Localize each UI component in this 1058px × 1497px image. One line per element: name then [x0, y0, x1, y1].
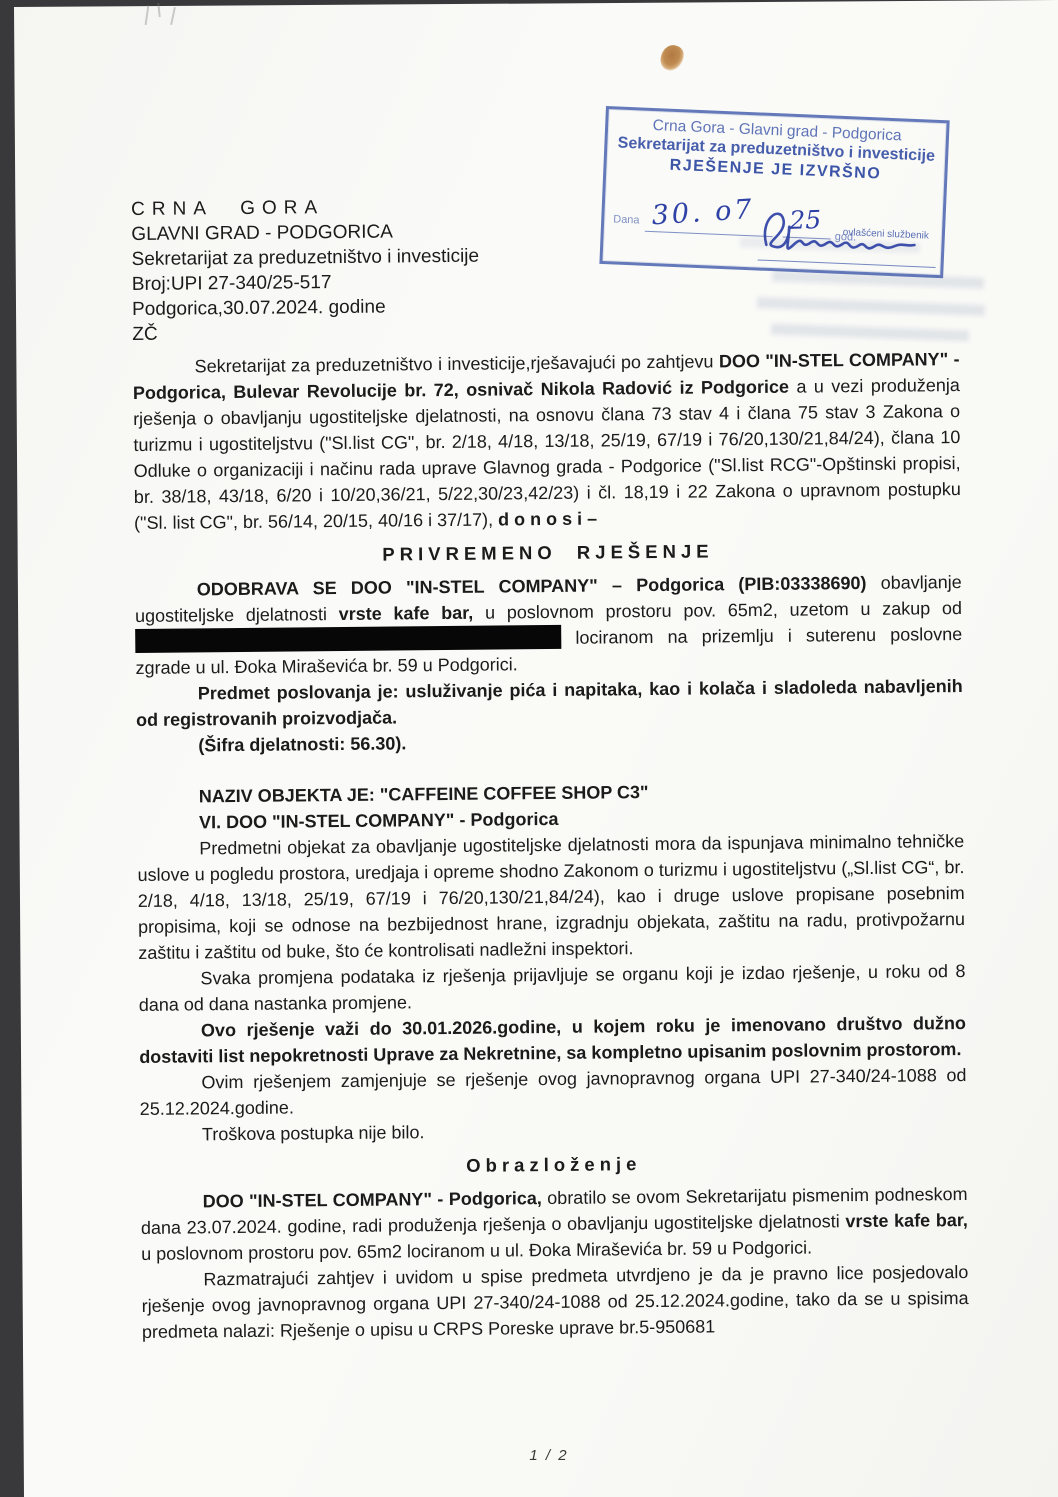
- donosi-text: d o n o s i –: [498, 509, 597, 530]
- approval-text-2: u poslovnom prostoru pov. 65m2, uzetom u…: [485, 598, 962, 623]
- validity-paragraph: Ovo rješenje važi do 30.01.2026.godine, …: [139, 1010, 966, 1070]
- approval-company: ODOBRAVA SE DOO "IN-STEL COMPANY" – Podg…: [197, 573, 881, 600]
- request-company: DOO "IN-STEL COMPANY" - Podgorica,: [203, 1188, 548, 1211]
- replacement-paragraph: Ovim rješenjem zamjenjuje se rješenje ov…: [139, 1062, 966, 1122]
- intro-paragraph: Sekretarijat za preduzetništvo i investi…: [133, 346, 962, 536]
- decision-title: PRIVREMENO RJEŠENJE: [134, 536, 961, 570]
- review-paragraph: Razmatrajući zahtjev i uvidom u spise pr…: [141, 1259, 969, 1345]
- business-subject-text: Predmet poslovanja je: usluživanje pića …: [136, 676, 963, 730]
- letterhead: CRNA GORA GLAVNI GRAD - PODGORICA Sekret…: [131, 189, 959, 347]
- intro-text: Sekretarijat za preduzetništvo i investi…: [195, 351, 719, 376]
- document-scan: Crna Gora - Glavni grad - Podgorica Sekr…: [0, 0, 1058, 1497]
- approval-paragraph: ODOBRAVA SE DOO "IN-STEL COMPANY" – Podg…: [135, 569, 963, 681]
- document-body: CRNA GORA GLAVNI GRAD - PODGORICA Sekret…: [131, 189, 969, 1345]
- change-notice-paragraph: Svaka promjena podataka iz rješenja prij…: [138, 958, 965, 1018]
- conditions-paragraph: Predmetni objekat za obavljanje ugostite…: [137, 828, 965, 966]
- request-activity-type: vrste kafe bar,: [845, 1210, 968, 1231]
- pencil-smudge: [142, 3, 186, 29]
- page-number: 1 / 2: [40, 1447, 1058, 1464]
- redaction-bar: [135, 625, 561, 653]
- business-subject-paragraph: Predmet poslovanja je: usluživanje pića …: [136, 673, 963, 733]
- activity-code-text: (Šifra djelatnosti: 56.30).: [198, 733, 406, 755]
- request-text-2: u poslovnom prostoru pov. 65m2 lociranom…: [141, 1238, 812, 1264]
- activity-type: vrste kafe bar,: [339, 603, 486, 624]
- explanation-title: Obrazloženje: [140, 1148, 967, 1182]
- request-paragraph: DOO "IN-STEL COMPANY" - Podgorica, obrat…: [141, 1181, 969, 1267]
